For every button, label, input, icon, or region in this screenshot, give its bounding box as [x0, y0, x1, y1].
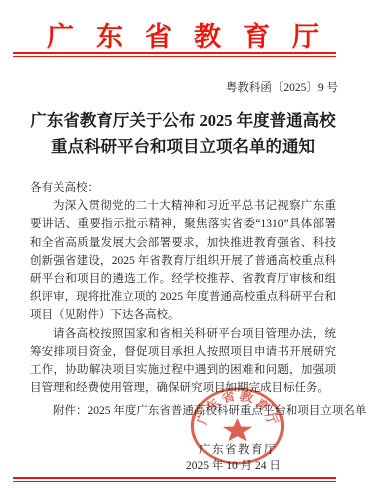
title-line-2: 重点科研平台和项目立项名单的通知: [10, 134, 356, 160]
body-paragraph-2: 请各高校按照国家和省相关科研平台项目管理办法，统筹安排项目资金，督促项目承担人按…: [30, 325, 336, 398]
masthead-divider-line: [13, 52, 336, 57]
footer-divider-line: [13, 477, 336, 482]
salutation: 各有关高校：: [30, 179, 336, 197]
attachment-line: 附件：2025 年度广东省普通高校科研重点平台和项目立项名单: [30, 402, 336, 420]
seal-star-icon: [223, 418, 252, 441]
document-number: 粤教科函〔2025〕9 号: [226, 79, 338, 95]
body-paragraph-1: 为深入贯彻党的二十大精神和习近平总书记视察广东重要讲话、重要指示批示精神，聚焦落…: [30, 197, 336, 324]
issuer-signature: 广东省教育厅: [199, 441, 277, 457]
issue-date: 2025 年 10 月 24 日: [186, 457, 281, 473]
document-body: 各有关高校： 为深入贯彻党的二十大精神和习近平总书记视察广东重要讲话、重要指示批…: [30, 179, 336, 397]
title-line-1: 广东省教育厅关于公布 2025 年度普通高校: [10, 108, 356, 134]
document-page: 广东省教育厅 粤教科函〔2025〕9 号 广东省教育厅关于公布 2025 年度普…: [0, 0, 366, 496]
agency-masthead: 广东省教育厅: [0, 15, 366, 54]
document-title: 广东省教育厅关于公布 2025 年度普通高校 重点科研平台和项目立项名单的通知: [10, 108, 356, 160]
